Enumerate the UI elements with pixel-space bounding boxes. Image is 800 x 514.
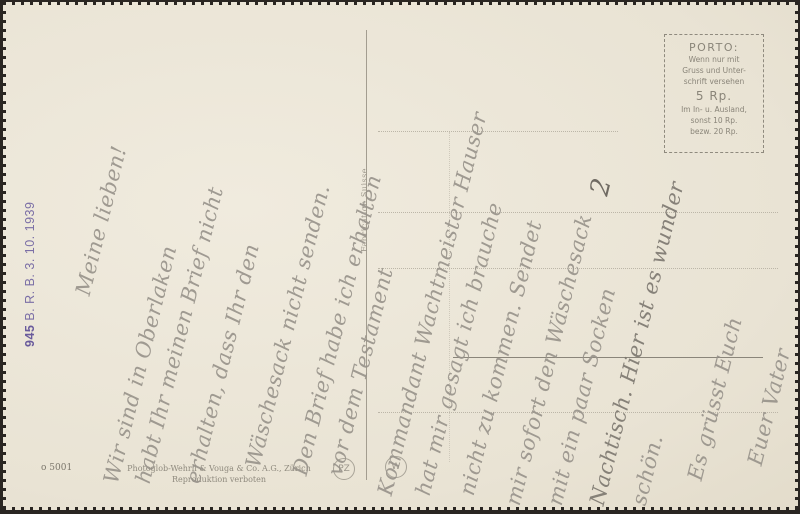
handwriting-line: Meine lieben! [71,143,131,298]
deckled-edge-right [795,2,799,510]
postcard-back: PORTO: Wenn nur mit Gruss und Unter- sch… [3,2,798,510]
address-line [378,131,618,132]
postage-line: sonst 10 Rp. [665,115,763,126]
deckled-edge-top [3,1,798,5]
postage-rate: 5 Rp. [665,89,763,103]
handwriting-line: Euer Vater [743,346,795,468]
postage-line: bezw. 20 Rp. [665,126,763,137]
postage-title: PORTO: [665,41,763,54]
postage-line: schrift versehen [665,76,763,87]
stamp-number: 945 [23,325,37,347]
page-mark: 2 [585,175,618,198]
handwriting-line: schön. [627,432,668,508]
censor-stamp: 945 B. R. B. 3. 10. 1939 [23,202,37,347]
catalog-number: o 5001 [41,463,72,473]
deckled-edge-left [2,2,6,510]
handwriting-line: Es grüsst Euch [683,314,747,482]
postage-line: Im In- u. Ausland, [665,104,763,115]
postage-box: PORTO: Wenn nur mit Gruss und Unter- sch… [664,34,764,153]
postage-line: Wenn nur mit [665,54,763,65]
stamp-text: B. R. B. 3. 10. 1939 [23,202,37,321]
postage-line: Gruss und Unter- [665,65,763,76]
deckled-edge-bottom [3,507,798,511]
